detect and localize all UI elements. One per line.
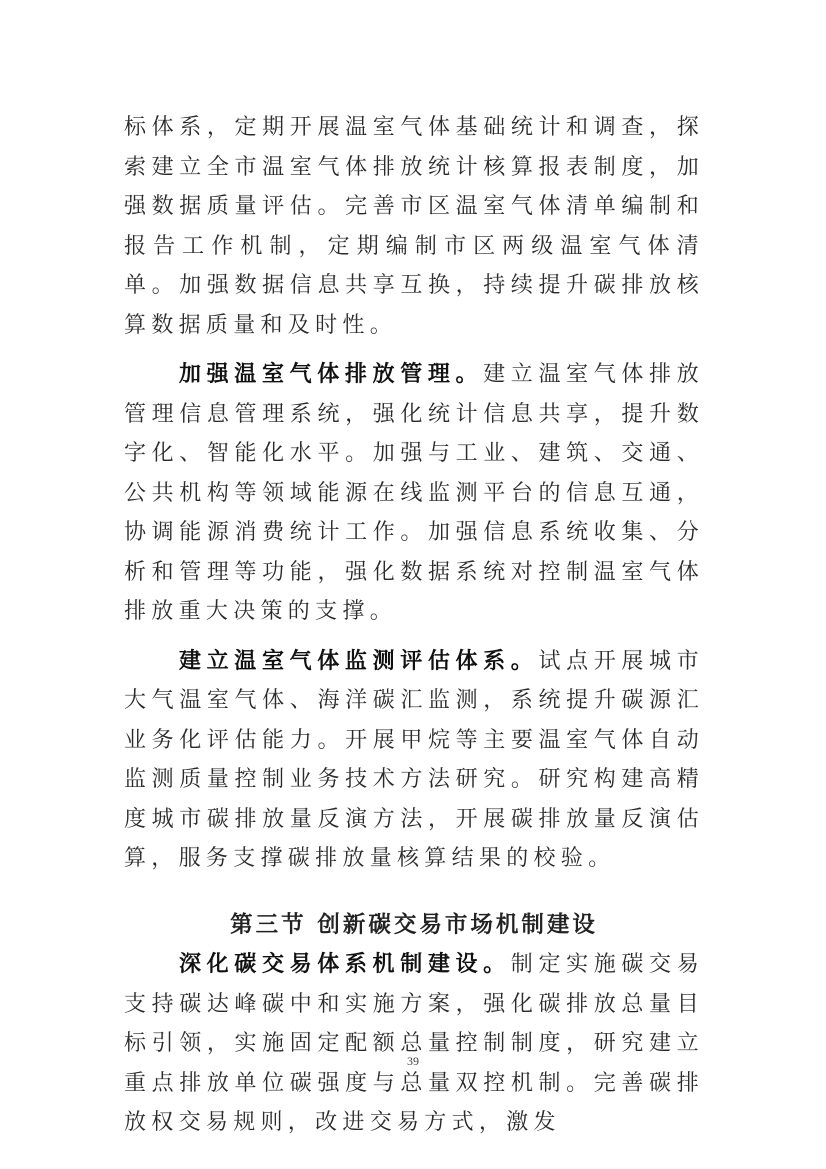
paragraph-lead: 建立温室气体监测评估体系。: [179, 648, 538, 674]
paragraph-carbon-trading: 深化碳交易体系机制建设。制定实施碳交易支持碳达峰碳中和实施方案，强化碳排放总量目…: [124, 945, 704, 1143]
document-page: 标体系，定期开展温室气体基础统计和调查，探索建立全市温室气体排放统计核算报表制度…: [0, 0, 826, 1169]
page-body: 标体系，定期开展温室气体基础统计和调查，探索建立全市温室气体排放统计核算报表制度…: [124, 108, 704, 1143]
paragraph-lead: 加强温室气体排放管理。: [179, 361, 483, 387]
paragraph-continued-statistics: 标体系，定期开展温室气体基础统计和调查，探索建立全市温室气体排放统计核算报表制度…: [124, 108, 704, 345]
section-heading: 第三节 创新碳交易市场机制建设: [124, 906, 704, 946]
page-number: 39: [0, 1054, 826, 1069]
paragraph-text: 制定实施碳交易支持碳达峰碳中和实施方案，强化碳排放总量目标引领，实施固定配额总量…: [124, 952, 704, 1135]
paragraph-lead: 深化碳交易体系机制建设。: [179, 951, 511, 977]
paragraph-monitoring-system: 建立温室气体监测评估体系。试点开展城市大气温室气体、海洋碳汇监测，系统提升碳源汇…: [124, 642, 704, 879]
paragraph-emission-management: 加强温室气体排放管理。建立温室气体排放管理信息管理系统，强化统计信息共享，提升数…: [124, 355, 704, 632]
paragraph-text: 建立温室气体排放管理信息管理系统，强化统计信息共享，提升数字化、智能化水平。加强…: [124, 362, 704, 624]
paragraph-text: 标体系，定期开展温室气体基础统计和调查，探索建立全市温室气体排放统计核算报表制度…: [124, 115, 704, 338]
paragraph-text: 试点开展城市大气温室气体、海洋碳汇监测，系统提升碳源汇业务化评估能力。开展甲烷等…: [124, 649, 704, 872]
